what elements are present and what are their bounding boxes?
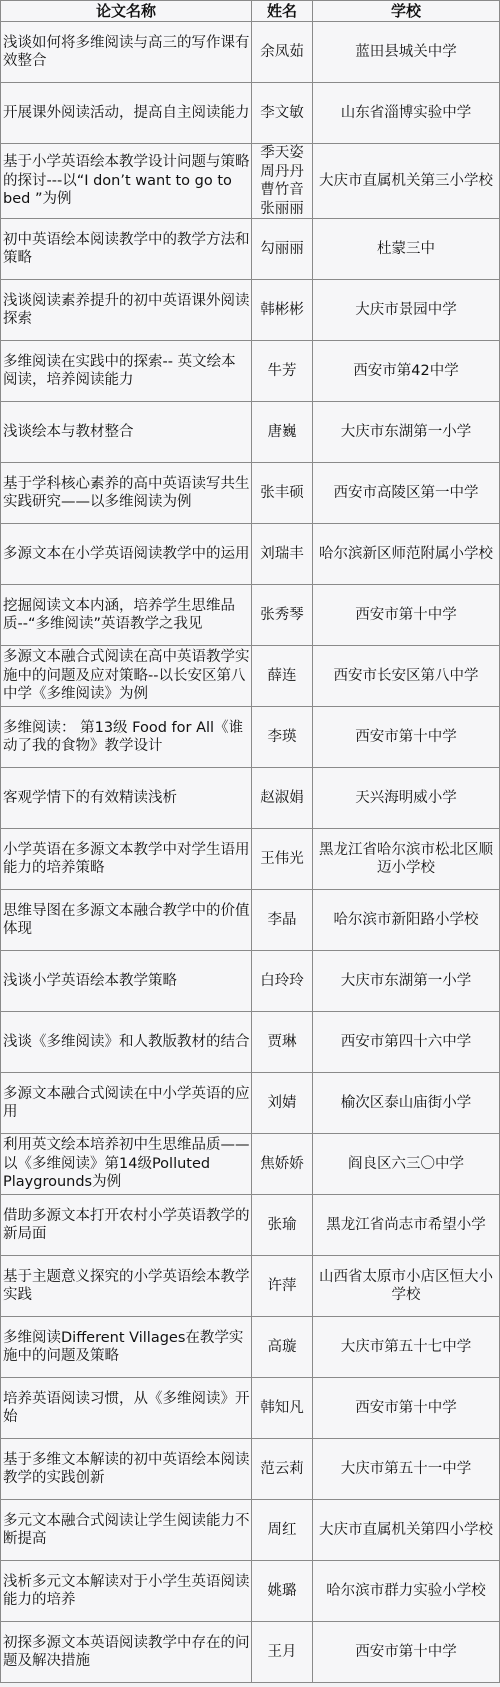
author-name-cell: 牛芳: [252, 341, 313, 402]
school-cell-text: 哈尔滨市群力实验小学校: [326, 1583, 486, 1599]
author-name-cell: 刘瑞丰: [252, 524, 313, 585]
author-name-cell-text: 王伟光: [260, 851, 304, 867]
author-name-cell: 焦娇娇: [252, 1134, 313, 1195]
school-cell: 大庆市直属机关第三小学校: [313, 144, 500, 219]
author-name-cell: 王月: [252, 1622, 313, 1683]
author-name-cell: 范云莉: [252, 1439, 313, 1500]
school-cell-text: 西安市第四十六中学: [341, 1034, 472, 1050]
author-name-cell: 姚璐: [252, 1561, 313, 1622]
author-name-cell: 李晶: [252, 890, 313, 951]
table-row: 浅谈绘本与教材整合唐巍大庆市东湖第一小学: [1, 402, 500, 463]
author-name-cell: 李瑛: [252, 707, 313, 768]
author-name-cell-text: 唐巍: [268, 424, 297, 440]
author-name-cell: 王伟光: [252, 829, 313, 890]
table-row: 借助多源文本打开农村小学英语教学的新局面张瑜黑龙江省尚志市希望小学: [1, 1195, 500, 1256]
paper-title-cell: 多维阅读Different Villages在教学实施中的问题及策略: [1, 1317, 252, 1378]
author-name-cell: 季天姿 周丹丹 曹竹音 张丽丽: [252, 144, 313, 219]
papers-table: 论文名称 姓名 学校 浅谈如何将多维阅读与高三的写作课有效整合余凤茹蓝田县城关中…: [0, 0, 500, 1683]
author-name-cell: 韩彬彬: [252, 280, 313, 341]
author-name-cell-text: 韩知凡: [260, 1400, 304, 1416]
author-name-cell-text: 李瑛: [268, 729, 297, 745]
paper-title-cell: 开展课外阅读活动，提高自主阅读能力: [1, 83, 252, 144]
table-header-row: 论文名称 姓名 学校: [1, 1, 500, 22]
paper-title-cell: 挖掘阅读文本内涵，培养学生思维品质--“多维阅读”英语教学之我见: [1, 585, 252, 646]
author-name-cell-text: 李文敏: [260, 105, 304, 121]
author-name-cell: 白玲玲: [252, 951, 313, 1012]
school-cell: 西安市高陵区第一中学: [313, 463, 500, 524]
paper-title-cell: 多源文本融合式阅读在高中英语教学实施中的问题及应对策略--以长安区第八中学《多维…: [1, 646, 252, 707]
table-body: 浅谈如何将多维阅读与高三的写作课有效整合余凤茹蓝田县城关中学开展课外阅读活动，提…: [1, 22, 500, 1683]
author-name-cell-text: 赵淑娟: [260, 790, 304, 806]
school-cell-text: 西安市第十中学: [355, 729, 457, 745]
paper-title-cell-text: 浅谈如何将多维阅读与高三的写作课有效整合: [3, 35, 250, 70]
school-cell-text: 大庆市东湖第一小学: [341, 973, 472, 989]
author-name-cell-text: 张瑜: [268, 1217, 297, 1233]
paper-title-cell: 基于主题意义探究的小学英语绘本教学实践: [1, 1256, 252, 1317]
table-row: 挖掘阅读文本内涵，培养学生思维品质--“多维阅读”英语教学之我见张秀琴西安市第十…: [1, 585, 500, 646]
author-name-cell-text: 刘瑞丰: [260, 546, 304, 562]
paper-title-cell-text: 浅谈绘本与教材整合: [3, 424, 134, 440]
table-row: 培养英语阅读习惯，从《多维阅读》开始韩知凡西安市第十中学: [1, 1378, 500, 1439]
school-cell-text: 山东省淄博实验中学: [341, 105, 472, 121]
school-cell: 大庆市东湖第一小学: [313, 951, 500, 1012]
school-cell: 西安市第十中学: [313, 585, 500, 646]
table-row: 基于学科核心素养的高中英语读写共生实践研究——以多维阅读为例张丰硕西安市高陵区第…: [1, 463, 500, 524]
paper-title-cell-text: 开展课外阅读活动，提高自主阅读能力: [3, 105, 250, 121]
author-name-cell-text: 姚璐: [268, 1583, 297, 1599]
paper-title-cell-text: 借助多源文本打开农村小学英语教学的新局面: [3, 1208, 250, 1243]
school-cell-text: 西安市第十中学: [355, 607, 457, 623]
paper-title-cell: 基于学科核心素养的高中英语读写共生实践研究——以多维阅读为例: [1, 463, 252, 524]
paper-title-cell-text: 多维阅读： 第13级 Food for All《谁动了我的食物》教学设计: [3, 720, 243, 755]
school-cell: 黑龙江省尚志市希望小学: [313, 1195, 500, 1256]
school-cell-text: 西安市第十中学: [355, 1644, 457, 1660]
author-name-cell-text: 白玲玲: [260, 973, 304, 989]
table-row: 基于主题意义探究的小学英语绘本教学实践许萍山西省太原市小店区恒大小学校: [1, 1256, 500, 1317]
paper-title-cell: 浅析多元文本解读对于小学生英语阅读能力的培养: [1, 1561, 252, 1622]
table-row: 利用英文绘本培养初中生思维品质——以《多维阅读》第14级Polluted Pla…: [1, 1134, 500, 1195]
school-cell-text: 西安市第十中学: [355, 1400, 457, 1416]
school-cell-text: 哈尔滨市新阳路小学校: [334, 912, 479, 928]
table-row: 基于多维文本解读的初中英语绘本阅读教学的实践创新范云莉大庆市第五十一中学: [1, 1439, 500, 1500]
school-cell-text: 西安市长安区第八中学: [334, 668, 479, 684]
school-cell-text: 大庆市直属机关第三小学校: [319, 173, 493, 189]
author-name-cell-text: 张秀琴: [260, 607, 304, 623]
school-cell-text: 阎良区六三〇中学: [348, 1156, 464, 1172]
author-name-cell: 周红: [252, 1500, 313, 1561]
paper-title-cell-text: 基于小学英语绘本教学设计问题与策略的探讨---以“I don’t want to…: [3, 154, 250, 207]
paper-title-cell: 浅谈《多维阅读》和人教版教材的结合: [1, 1012, 252, 1073]
author-name-cell: 张秀琴: [252, 585, 313, 646]
paper-title-cell: 多源文本融合式阅读在中小学英语的应用: [1, 1073, 252, 1134]
table-row: 多源文本在小学英语阅读教学中的运用刘瑞丰哈尔滨新区师范附属小学校: [1, 524, 500, 585]
paper-title-cell-text: 多元文本融合式阅读让学生阅读能力不断提高: [3, 1513, 250, 1548]
school-cell: 哈尔滨新区师范附属小学校: [313, 524, 500, 585]
paper-title-cell-text: 多维阅读Different Villages在教学实施中的问题及策略: [3, 1330, 243, 1365]
author-name-cell-text: 许萍: [268, 1278, 297, 1294]
school-cell-text: 黑龙江省哈尔滨市松北区顺迈小学校: [319, 842, 493, 877]
author-name-cell-text: 张丰硕: [260, 485, 304, 501]
table-row: 浅析多元文本解读对于小学生英语阅读能力的培养姚璐哈尔滨市群力实验小学校: [1, 1561, 500, 1622]
school-cell: 大庆市东湖第一小学: [313, 402, 500, 463]
author-name-cell-text: 薛连: [268, 668, 297, 684]
table-row: 小学英语在多源文本教学中对学生语用能力的培养策略王伟光黑龙江省哈尔滨市松北区顺迈…: [1, 829, 500, 890]
paper-title-cell: 思维导图在多源文本融合教学中的价值体现: [1, 890, 252, 951]
author-name-cell-text: 周红: [268, 1522, 297, 1538]
school-cell: 山西省太原市小店区恒大小学校: [313, 1256, 500, 1317]
paper-title-cell-text: 多源文本融合式阅读在中小学英语的应用: [3, 1086, 250, 1121]
author-name-cell: 高璇: [252, 1317, 313, 1378]
header-author-name: 姓名: [252, 1, 313, 22]
author-name-cell: 李文敏: [252, 83, 313, 144]
author-name-cell-text: 王月: [268, 1644, 297, 1660]
paper-title-cell: 基于多维文本解读的初中英语绘本阅读教学的实践创新: [1, 1439, 252, 1500]
header-paper-title: 论文名称: [1, 1, 252, 22]
school-cell-text: 榆次区泰山庙街小学: [341, 1095, 472, 1111]
paper-title-cell-text: 基于学科核心素养的高中英语读写共生实践研究——以多维阅读为例: [3, 476, 250, 511]
paper-title-cell: 基于小学英语绘本教学设计问题与策略的探讨---以“I don’t want to…: [1, 144, 252, 219]
paper-title-cell: 初中英语绘本阅读教学中的教学方法和策略: [1, 219, 252, 280]
school-cell-text: 黑龙江省尚志市希望小学: [326, 1217, 486, 1233]
paper-title-cell: 浅谈阅读素养提升的初中英语课外阅读探索: [1, 280, 252, 341]
school-cell: 西安市第十中学: [313, 1622, 500, 1683]
school-cell-text: 大庆市东湖第一小学: [341, 424, 472, 440]
author-name-cell-text: 勾丽丽: [260, 241, 304, 257]
table-row: 多源文本融合式阅读在中小学英语的应用刘婧榆次区泰山庙街小学: [1, 1073, 500, 1134]
paper-title-cell: 浅谈绘本与教材整合: [1, 402, 252, 463]
table-row: 浅谈阅读素养提升的初中英语课外阅读探索韩彬彬大庆市景园中学: [1, 280, 500, 341]
school-cell: 大庆市第五十七中学: [313, 1317, 500, 1378]
school-cell: 哈尔滨市群力实验小学校: [313, 1561, 500, 1622]
school-cell: 西安市第十中学: [313, 1378, 500, 1439]
school-cell: 阎良区六三〇中学: [313, 1134, 500, 1195]
header-school: 学校: [313, 1, 500, 22]
author-name-cell: 许萍: [252, 1256, 313, 1317]
paper-title-cell-text: 思维导图在多源文本融合教学中的价值体现: [3, 903, 250, 938]
school-cell: 黑龙江省哈尔滨市松北区顺迈小学校: [313, 829, 500, 890]
paper-title-cell-text: 浅析多元文本解读对于小学生英语阅读能力的培养: [3, 1574, 250, 1609]
paper-title-cell-text: 小学英语在多源文本教学中对学生语用能力的培养策略: [3, 842, 250, 877]
author-name-cell: 贾琳: [252, 1012, 313, 1073]
author-name-cell: 薛连: [252, 646, 313, 707]
table-row: 多维阅读Different Villages在教学实施中的问题及策略高璇大庆市第…: [1, 1317, 500, 1378]
author-name-cell-text: 余凤茹: [260, 44, 304, 60]
table-row: 初中英语绘本阅读教学中的教学方法和策略勾丽丽杜蒙三中: [1, 219, 500, 280]
paper-title-cell-text: 初探多源文本英语阅读教学中存在的问题及解决措施: [3, 1635, 250, 1670]
school-cell-text: 大庆市景园中学: [355, 302, 457, 318]
school-cell: 哈尔滨市新阳路小学校: [313, 890, 500, 951]
table-row: 多维阅读在实践中的探索-- 英文绘本阅读，培养阅读能力牛芳西安市第42中学: [1, 341, 500, 402]
paper-title-cell-text: 培养英语阅读习惯，从《多维阅读》开始: [3, 1391, 250, 1426]
school-cell: 西安市长安区第八中学: [313, 646, 500, 707]
school-cell: 大庆市直属机关第四小学校: [313, 1500, 500, 1561]
author-name-cell: 余凤茹: [252, 22, 313, 83]
author-name-cell: 韩知凡: [252, 1378, 313, 1439]
school-cell: 天兴海明威小学: [313, 768, 500, 829]
paper-title-cell-text: 多源文本融合式阅读在高中英语教学实施中的问题及应对策略--以长安区第八中学《多维…: [3, 649, 250, 702]
author-name-cell-text: 牛芳: [268, 363, 297, 379]
table-row: 初探多源文本英语阅读教学中存在的问题及解决措施王月西安市第十中学: [1, 1622, 500, 1683]
school-cell: 榆次区泰山庙街小学: [313, 1073, 500, 1134]
school-cell-text: 杜蒙三中: [377, 241, 435, 257]
author-name-cell-text: 高璇: [268, 1339, 297, 1355]
school-cell: 西安市第42中学: [313, 341, 500, 402]
school-cell: 西安市第四十六中学: [313, 1012, 500, 1073]
table-row: 客观学情下的有效精读浅析赵淑娟天兴海明威小学: [1, 768, 500, 829]
paper-title-cell-text: 初中英语绘本阅读教学中的教学方法和策略: [3, 232, 250, 267]
paper-title-cell: 浅谈如何将多维阅读与高三的写作课有效整合: [1, 22, 252, 83]
school-cell-text: 天兴海明威小学: [355, 790, 457, 806]
paper-title-cell-text: 利用英文绘本培养初中生思维品质——以《多维阅读》第14级Polluted Pla…: [3, 1137, 250, 1190]
school-cell: 蓝田县城关中学: [313, 22, 500, 83]
table-row: 浅谈如何将多维阅读与高三的写作课有效整合余凤茹蓝田县城关中学: [1, 22, 500, 83]
paper-title-cell: 利用英文绘本培养初中生思维品质——以《多维阅读》第14级Polluted Pla…: [1, 1134, 252, 1195]
paper-title-cell-text: 浅谈《多维阅读》和人教版教材的结合: [3, 1034, 250, 1050]
paper-title-cell-text: 基于主题意义探究的小学英语绘本教学实践: [3, 1269, 250, 1304]
school-cell: 大庆市第五十一中学: [313, 1439, 500, 1500]
author-name-cell-text: 贾琳: [268, 1034, 297, 1050]
author-name-cell: 唐巍: [252, 402, 313, 463]
author-name-cell-text: 焦娇娇: [260, 1156, 304, 1172]
paper-title-cell: 多元文本融合式阅读让学生阅读能力不断提高: [1, 1500, 252, 1561]
author-name-cell-text: 范云莉: [260, 1461, 304, 1477]
paper-title-cell: 初探多源文本英语阅读教学中存在的问题及解决措施: [1, 1622, 252, 1683]
paper-title-cell-text: 多源文本在小学英语阅读教学中的运用: [3, 546, 250, 562]
author-name-cell-text: 季天姿 周丹丹 曹竹音 张丽丽: [260, 145, 304, 217]
author-name-cell: 勾丽丽: [252, 219, 313, 280]
table-row: 浅谈《多维阅读》和人教版教材的结合贾琳西安市第四十六中学: [1, 1012, 500, 1073]
paper-title-cell-text: 基于多维文本解读的初中英语绘本阅读教学的实践创新: [3, 1452, 250, 1487]
paper-title-cell-text: 挖掘阅读文本内涵，培养学生思维品质--“多维阅读”英语教学之我见: [3, 598, 235, 633]
author-name-cell: 张丰硕: [252, 463, 313, 524]
table-row: 基于小学英语绘本教学设计问题与策略的探讨---以“I don’t want to…: [1, 144, 500, 219]
paper-title-cell: 培养英语阅读习惯，从《多维阅读》开始: [1, 1378, 252, 1439]
table-row: 开展课外阅读活动，提高自主阅读能力李文敏山东省淄博实验中学: [1, 83, 500, 144]
author-name-cell: 刘婧: [252, 1073, 313, 1134]
author-name-cell-text: 刘婧: [268, 1095, 297, 1111]
paper-title-cell: 多维阅读： 第13级 Food for All《谁动了我的食物》教学设计: [1, 707, 252, 768]
school-cell-text: 大庆市直属机关第四小学校: [319, 1522, 493, 1538]
author-name-cell-text: 韩彬彬: [260, 302, 304, 318]
school-cell-text: 大庆市第五十一中学: [341, 1461, 472, 1477]
author-name-cell-text: 李晶: [268, 912, 297, 928]
paper-title-cell-text: 多维阅读在实践中的探索-- 英文绘本阅读，培养阅读能力: [3, 354, 236, 389]
table-row: 多源文本融合式阅读在高中英语教学实施中的问题及应对策略--以长安区第八中学《多维…: [1, 646, 500, 707]
paper-title-cell: 浅谈小学英语绘本教学策略: [1, 951, 252, 1012]
paper-title-cell-text: 浅谈小学英语绘本教学策略: [3, 973, 177, 989]
school-cell-text: 蓝田县城关中学: [355, 44, 457, 60]
school-cell: 杜蒙三中: [313, 219, 500, 280]
school-cell-text: 哈尔滨新区师范附属小学校: [319, 546, 493, 562]
author-name-cell: 张瑜: [252, 1195, 313, 1256]
paper-title-cell-text: 浅谈阅读素养提升的初中英语课外阅读探索: [3, 293, 250, 328]
school-cell-text: 西安市第42中学: [353, 363, 458, 379]
paper-title-cell: 小学英语在多源文本教学中对学生语用能力的培养策略: [1, 829, 252, 890]
school-cell: 大庆市景园中学: [313, 280, 500, 341]
table-row: 浅谈小学英语绘本教学策略白玲玲大庆市东湖第一小学: [1, 951, 500, 1012]
paper-title-cell: 客观学情下的有效精读浅析: [1, 768, 252, 829]
paper-title-cell: 多维阅读在实践中的探索-- 英文绘本阅读，培养阅读能力: [1, 341, 252, 402]
school-cell: 西安市第十中学: [313, 707, 500, 768]
table-row: 多维阅读： 第13级 Food for All《谁动了我的食物》教学设计李瑛西安…: [1, 707, 500, 768]
paper-title-cell: 多源文本在小学英语阅读教学中的运用: [1, 524, 252, 585]
table-row: 多元文本融合式阅读让学生阅读能力不断提高周红大庆市直属机关第四小学校: [1, 1500, 500, 1561]
table-row: 思维导图在多源文本融合教学中的价值体现李晶哈尔滨市新阳路小学校: [1, 890, 500, 951]
school-cell-text: 大庆市第五十七中学: [341, 1339, 472, 1355]
school-cell: 山东省淄博实验中学: [313, 83, 500, 144]
author-name-cell: 赵淑娟: [252, 768, 313, 829]
school-cell-text: 西安市高陵区第一中学: [334, 485, 479, 501]
school-cell-text: 山西省太原市小店区恒大小学校: [319, 1269, 493, 1304]
paper-title-cell-text: 客观学情下的有效精读浅析: [3, 790, 177, 806]
paper-title-cell: 借助多源文本打开农村小学英语教学的新局面: [1, 1195, 252, 1256]
